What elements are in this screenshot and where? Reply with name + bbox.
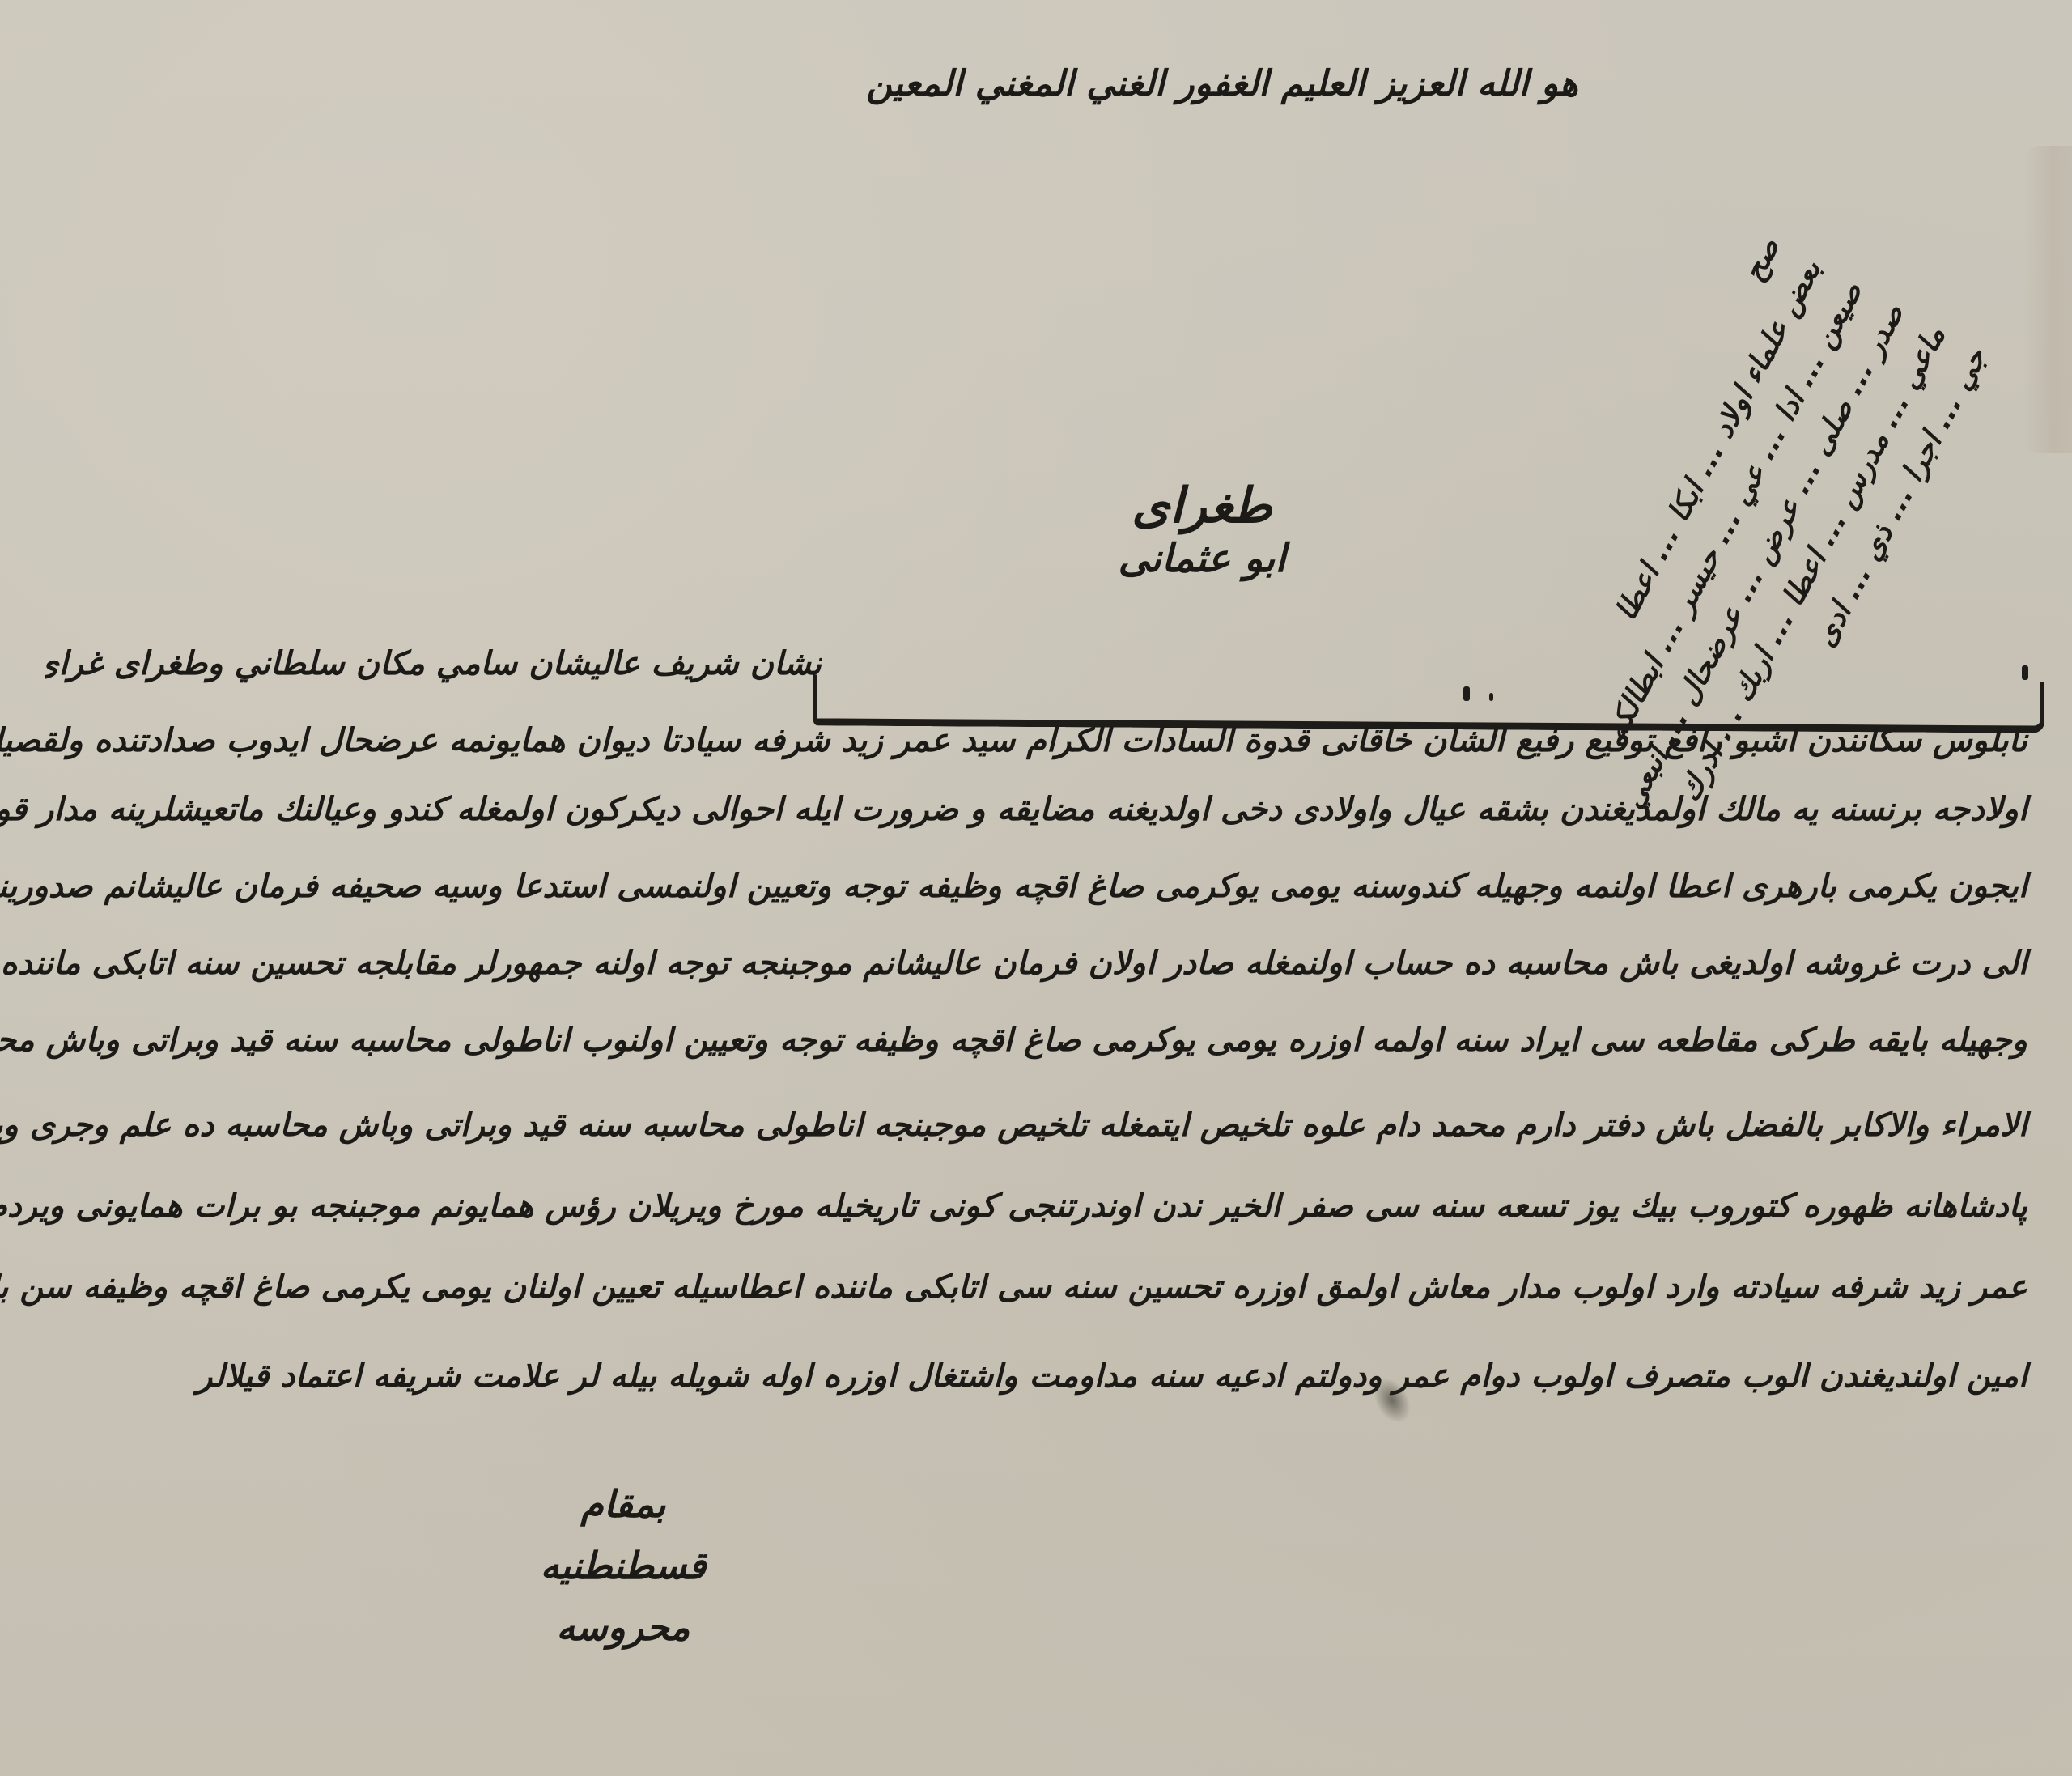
body-line: الى درت غروشه اولديغى باش محاسبه ده حساب… bbox=[0, 939, 2027, 988]
body-line: امين اولنديغندن الوب متصرف اولوب دوام عم… bbox=[197, 1352, 2027, 1400]
body-line: عمر زيد شرفه سيادته وارد اولوب مدار معاش… bbox=[0, 1263, 2027, 1311]
paper-stain bbox=[2023, 146, 2072, 453]
body-line: الامراء والاكابر بالفضل باش دفتر دارم مح… bbox=[0, 1101, 2027, 1149]
invocation-heading: هو الله العزيز العليم الغفور الغني المغن… bbox=[1076, 63, 1578, 104]
tughra-line-1: طغرای bbox=[1089, 478, 1315, 534]
body-line: وجهيله بايقه طركى مقاطعه سى ايراد سنه او… bbox=[0, 1016, 2027, 1064]
body-line: پادشاهانه ظهوره كتوروب بيك يوز تسعه سنه … bbox=[0, 1182, 2027, 1230]
tughra-placeholder: طغرای ابو عثمانی bbox=[1089, 478, 1315, 583]
body-line: اولادجه برنسنه يه مالك اولمديغندن بشقه ع… bbox=[0, 785, 2027, 834]
body-line: ايجون يكرمى بارهرى اعطا اولنمه وجهيله كن… bbox=[0, 862, 2027, 911]
bracket-dot bbox=[1463, 686, 1470, 701]
place-line: محروسه bbox=[534, 1596, 712, 1658]
bracket-dot bbox=[2022, 665, 2028, 680]
body-line: نابلوس سكانندن اشبو رافع توقيع رفيع الشا… bbox=[0, 716, 2027, 765]
body-line: نشان شريف عاليشان سامي مكان سلطاني وطغرا… bbox=[45, 639, 822, 688]
bracket-dot bbox=[1489, 693, 1493, 701]
place-of-issue: بمقام قسطنطنيه محروسه bbox=[534, 1473, 712, 1658]
tughra-line-2: ابو عثمانی bbox=[1089, 534, 1315, 583]
place-line: بمقام bbox=[534, 1473, 712, 1535]
place-line: قسطنطنيه bbox=[534, 1535, 712, 1596]
